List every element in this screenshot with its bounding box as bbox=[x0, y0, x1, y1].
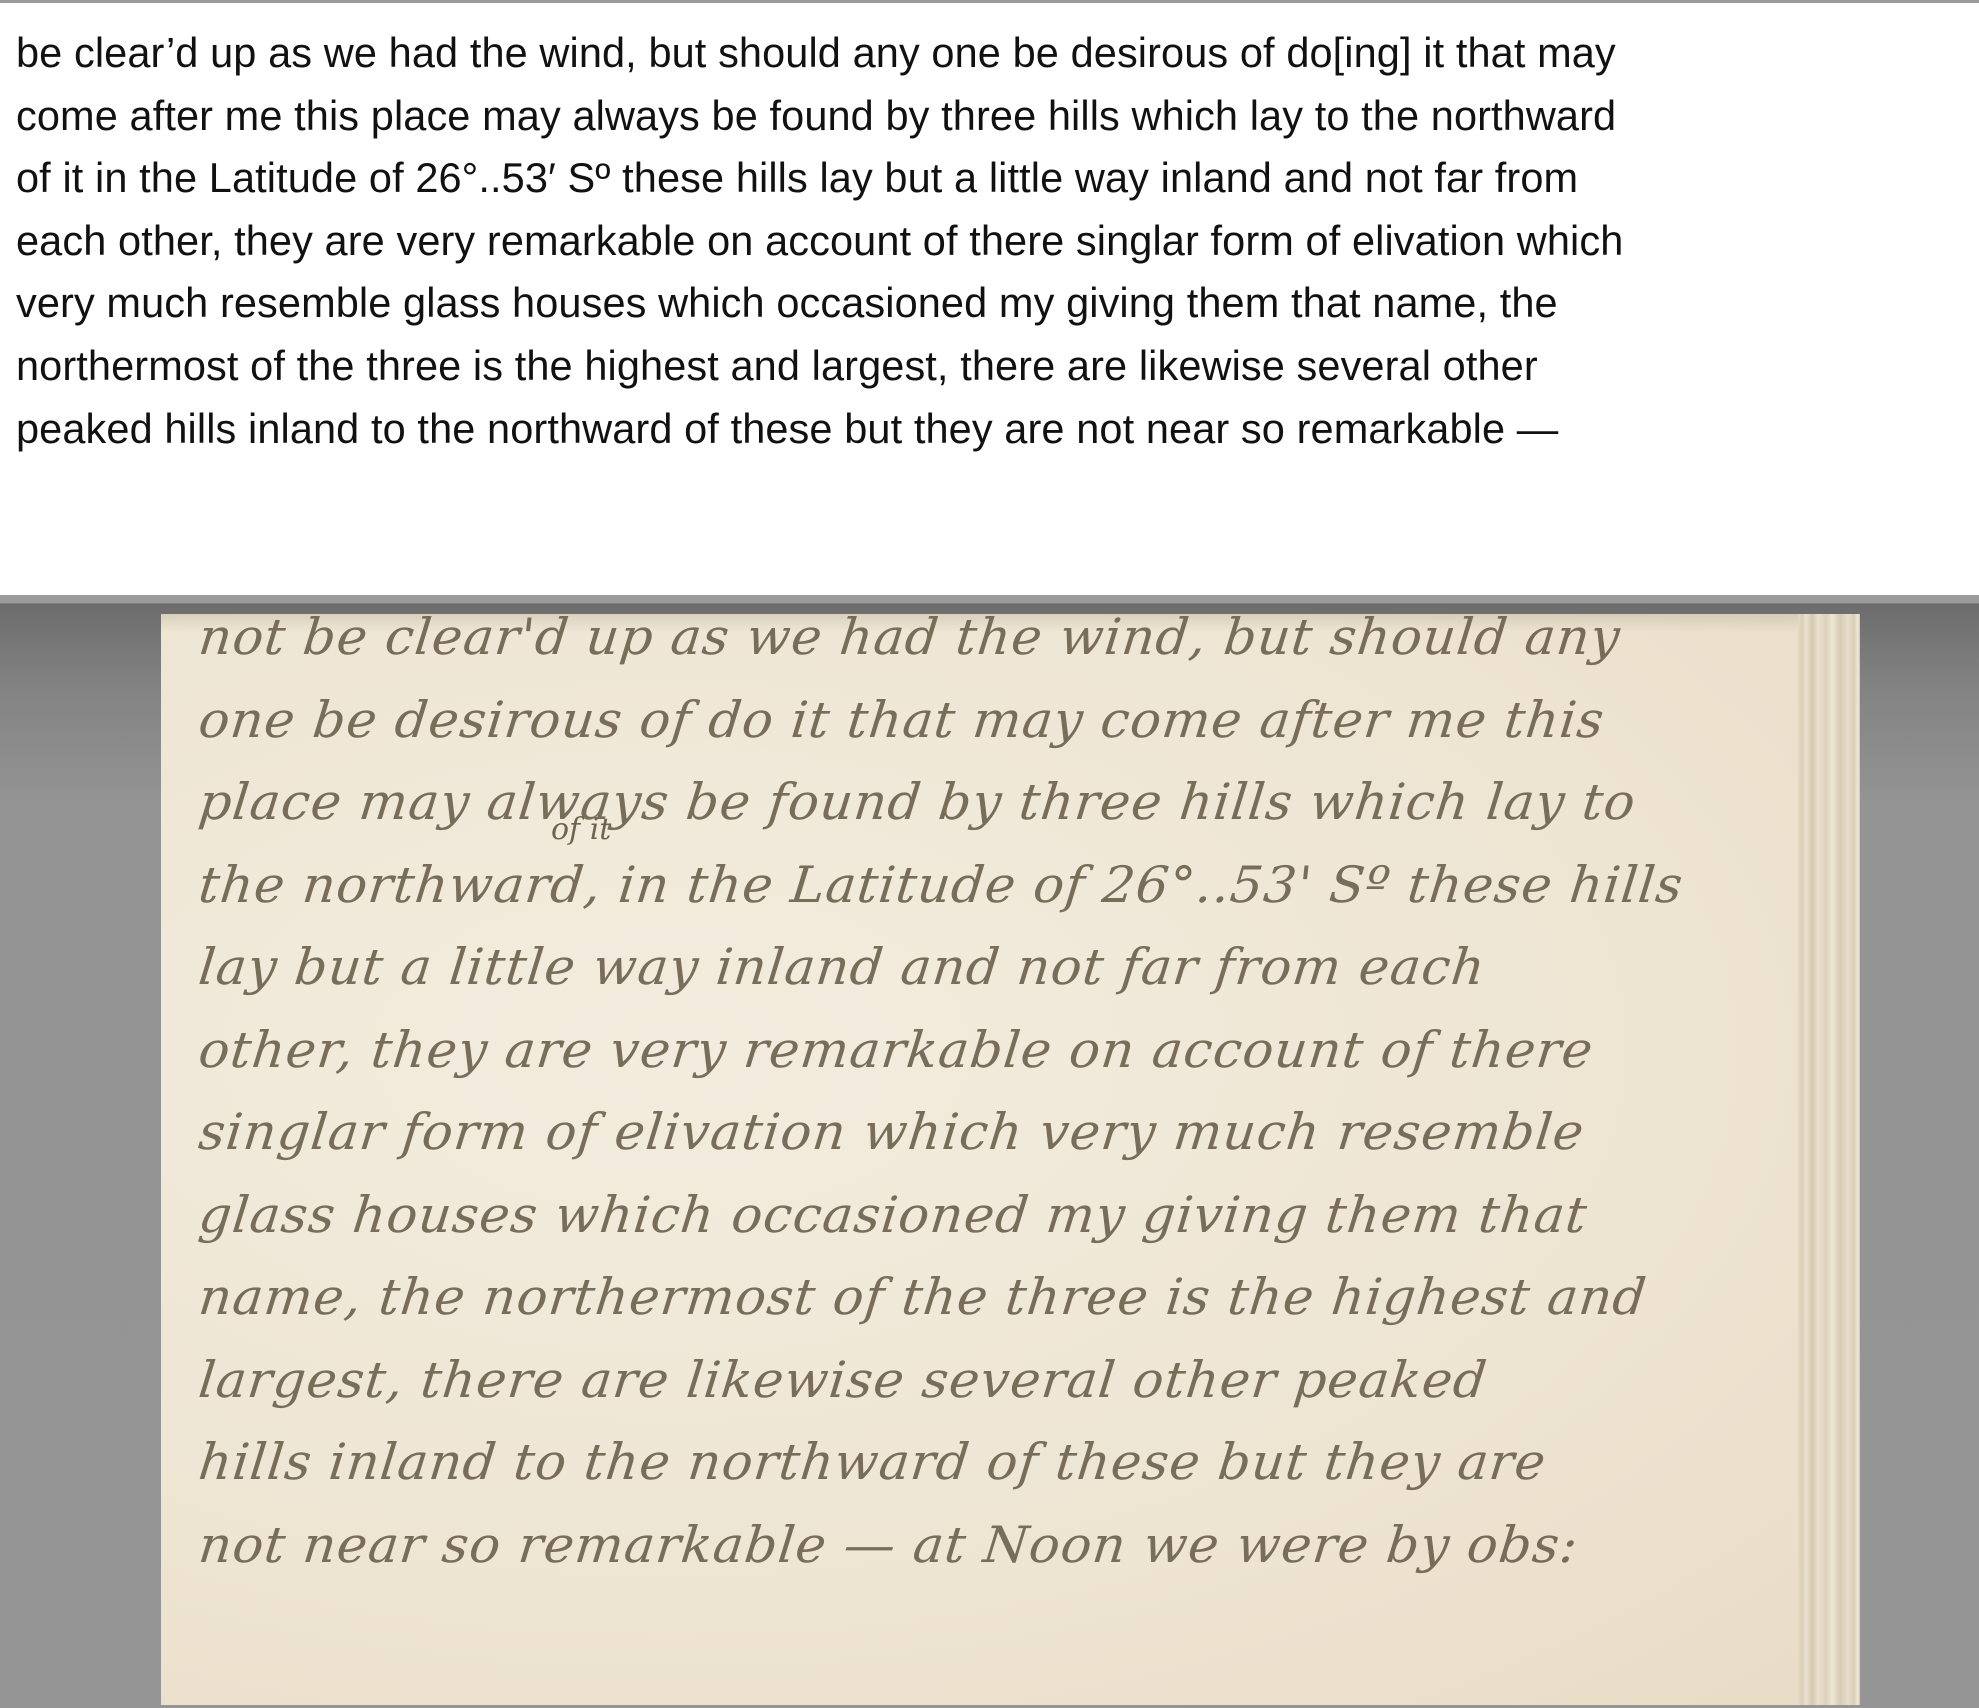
handwritten-line: not be clear'd up as we had the wind, bu… bbox=[195, 614, 1836, 679]
handwritten-line: the northward, in the Latitude of 26°..5… bbox=[195, 844, 1836, 927]
panel-divider[interactable] bbox=[0, 595, 1979, 604]
handwritten-line: lay but a little way inland and not far … bbox=[195, 926, 1836, 1009]
transcription-line: each other, they are very remarkable on … bbox=[16, 210, 1976, 273]
handwritten-line: largest, there are likewise several othe… bbox=[195, 1339, 1836, 1422]
handwritten-line: glass houses which occasioned my giving … bbox=[195, 1174, 1836, 1257]
manuscript-page-image[interactable]: not be clear'd up as we had the wind, bu… bbox=[161, 614, 1860, 1705]
transcription-line: of it in the Latitude of 26°..53′ Sº the… bbox=[16, 147, 1976, 210]
transcription-panel: be clear’d up as we had the wind, but sh… bbox=[0, 3, 1979, 595]
handwritten-insertion: of it bbox=[551, 812, 611, 847]
transcription-line: peaked hills inland to the northward of … bbox=[16, 398, 1976, 461]
handwritten-text: not be clear'd up as we had the wind, bu… bbox=[199, 614, 1799, 1586]
transcription-line: come after me this place may always be f… bbox=[16, 85, 1976, 148]
transcription-line: very much resemble glass houses which oc… bbox=[16, 272, 1976, 335]
page-binding-edge bbox=[1798, 614, 1860, 1705]
handwritten-line: singlar form of elivation which very muc… bbox=[195, 1091, 1836, 1174]
transcription-line: northermost of the three is the highest … bbox=[16, 335, 1976, 398]
handwritten-line: one be desirous of do it that may come a… bbox=[195, 679, 1836, 762]
transcription-line: be clear’d up as we had the wind, but sh… bbox=[16, 22, 1976, 85]
handwritten-line: name, the northermost of the three is th… bbox=[195, 1256, 1836, 1339]
handwritten-line: other, they are very remarkable on accou… bbox=[195, 1009, 1836, 1092]
handwritten-line: place may always be found by three hills… bbox=[195, 761, 1836, 844]
handwritten-line: not near so remarkable — at Noon we were… bbox=[195, 1504, 1836, 1587]
transcription-text: be clear’d up as we had the wind, but sh… bbox=[16, 22, 1976, 460]
handwritten-line: hills inland to the northward of these b… bbox=[195, 1421, 1836, 1504]
